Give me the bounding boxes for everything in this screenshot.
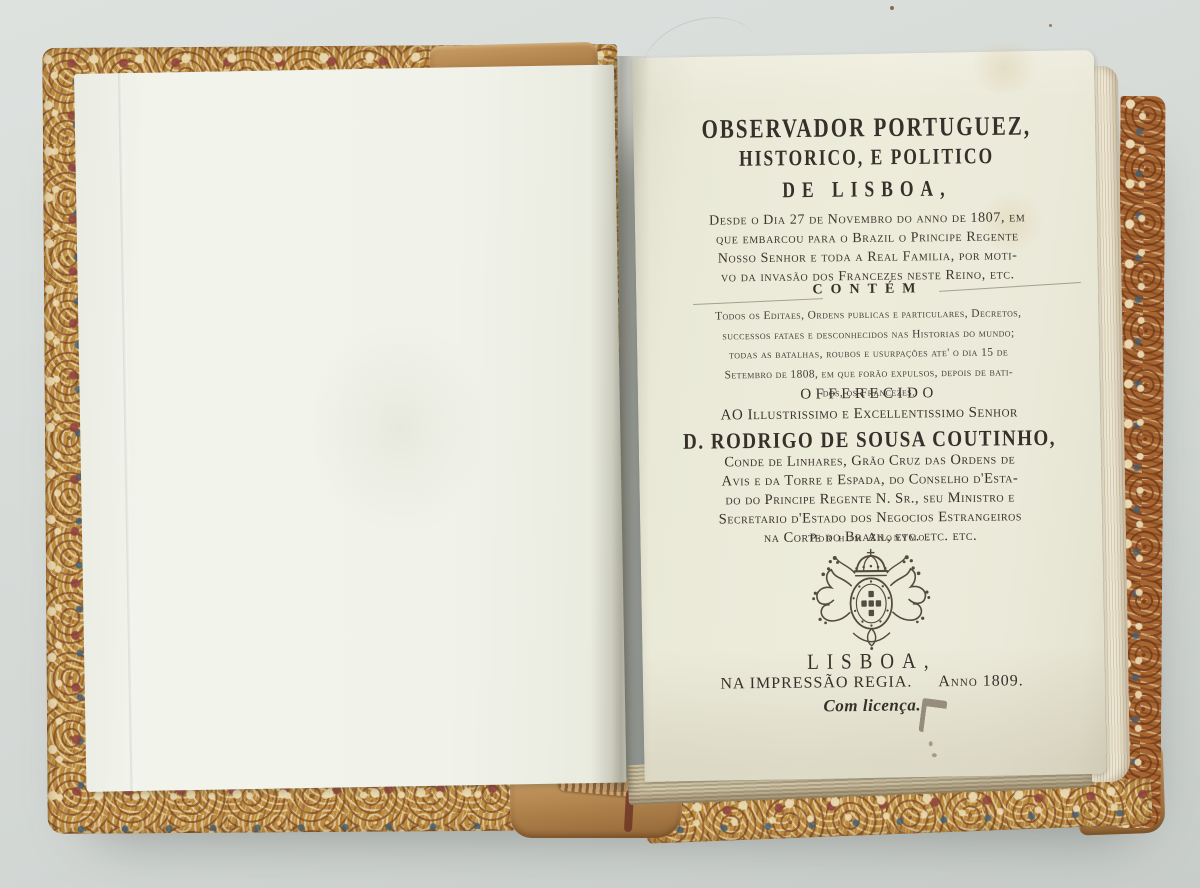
photograph-of-open-antique-book: OBSERVADOR PORTUGUEZ, HISTORICO, E POLIT… — [0, 0, 1200, 888]
subtitle-paragraph: Desde o Dia 27 de Novembro do anno de 18… — [636, 208, 1099, 289]
title-page: OBSERVADOR PORTUGUEZ, HISTORICO, E POLIT… — [632, 50, 1107, 782]
imprint-publisher: NA IMPRESSÃO REGIA. — [720, 673, 912, 692]
offered-label: OFFERECIDO — [638, 383, 1100, 405]
section-label-contem: CONTÉM — [637, 280, 1099, 301]
flyleaf-fold-crease — [118, 73, 135, 791]
ink-smudge-dot — [932, 753, 937, 757]
faint-page-stain — [308, 317, 492, 540]
dust-speck — [1049, 24, 1052, 27]
imprint-license: Com licença. — [641, 693, 1103, 718]
imprint-year: Anno 1809. — [938, 672, 1024, 690]
royal-coat-of-arms-vignette — [640, 543, 1103, 661]
faint-page-stain — [964, 42, 1045, 93]
title-page-content: OBSERVADOR PORTUGUEZ, HISTORICO, E POLIT… — [635, 52, 1105, 781]
imprint-line: NA IMPRESSÃO REGIA.Anno 1809. — [641, 671, 1103, 694]
dust-speck — [890, 6, 894, 10]
left-blank-flyleaf-page — [74, 65, 626, 792]
dedication-line: AO Illustrissimo e Excellentissimo Senho… — [638, 403, 1100, 425]
book-title-line-3: DE LISBOA, — [636, 174, 1098, 206]
book-title-line-2: HISTORICO, E POLITICO — [635, 142, 1097, 174]
faint-pencil-scribble — [631, 3, 771, 118]
ink-smudge — [918, 698, 947, 735]
book-title-line-1: OBSERVADOR PORTUGUEZ, — [635, 110, 1097, 147]
ink-smudge-dot — [929, 741, 933, 746]
